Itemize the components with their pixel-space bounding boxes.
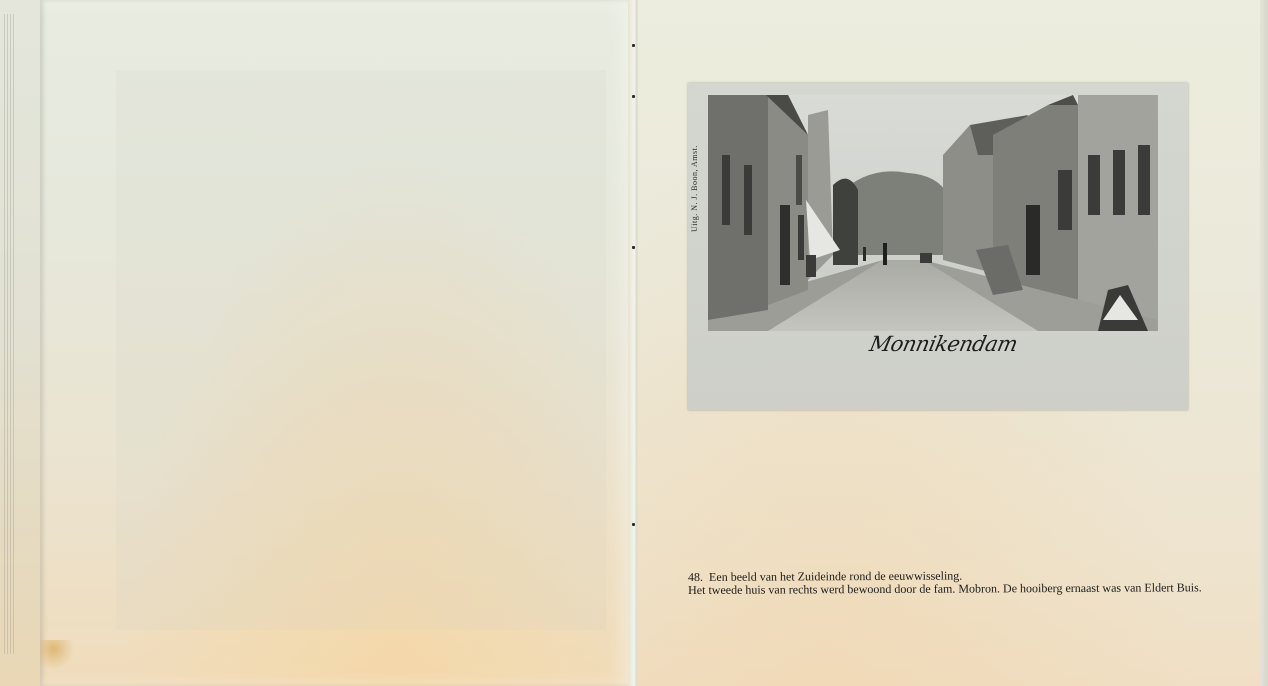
photo-caption: 48. Een beeld van het Zuideinde rond de … [688,568,1208,597]
right-page-edge [1260,0,1268,686]
left-page [40,0,634,686]
binding-stitch [632,246,635,249]
paper-stain [40,640,74,670]
caption-number: 48. [688,570,703,584]
binding-stitch [632,523,635,526]
show-through-area [116,70,606,630]
street-photograph [708,95,1158,331]
caption-line-2: Het tweede huis van rechts werd bewoond … [688,581,1208,597]
book-spread: Uitg. N. J. Boon, Amst. Monnikendam 48. … [0,0,1268,686]
publisher-imprint: Uitg. N. J. Boon, Amst. [690,132,699,232]
binding-stitch [632,95,635,98]
page-stack-lines [2,14,14,654]
binding-stitch [632,44,635,47]
postcard-title: Monnikendam [867,332,1012,356]
